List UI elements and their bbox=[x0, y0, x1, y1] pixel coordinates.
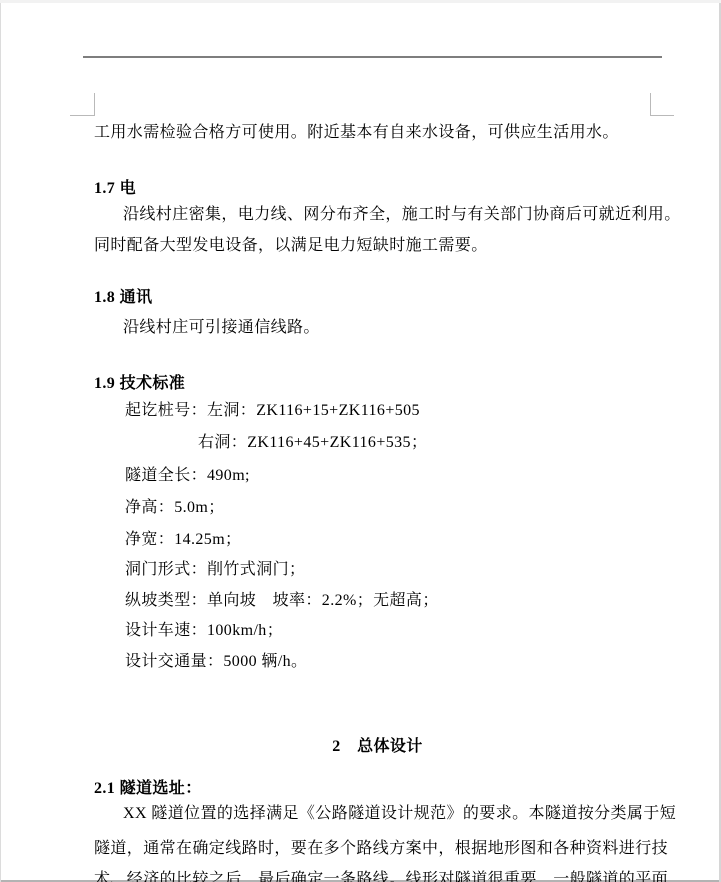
paragraph-line: 沿线村庄密集，电力线、网分布齐全，施工时与有关部门协商后可就近利用。 bbox=[123, 205, 681, 224]
spec-item-portal-type: 洞门形式：削竹式洞门； bbox=[125, 560, 305, 579]
spec-item-stake-number-left: 起讫桩号：左洞：ZK116+15+ZK116+505 bbox=[125, 401, 420, 420]
text-boundary-mark-left-vertical bbox=[94, 93, 95, 116]
spec-item-design-speed: 设计车速：100km/h； bbox=[125, 621, 283, 640]
section-heading-1-8: 1.8 通讯 bbox=[94, 288, 152, 307]
paragraph-line: 沿线村庄可引接通信线路。 bbox=[123, 318, 320, 337]
paragraph-line: XX 隧道位置的选择满足《公路隧道设计规范》的要求。本隧道按分类属于短 bbox=[123, 804, 676, 823]
section-heading-2-1: 2.1 隧道选址： bbox=[94, 779, 202, 798]
paragraph-continuation: 工用水需检验合格方可使用。附近基本有自来水设备，可供应生活用水。 bbox=[94, 123, 619, 142]
text-boundary-mark-right-horizontal bbox=[650, 115, 674, 116]
paragraph-line-clipped: 术、经济的比较之后，最后确定一条路线。线形对隧道很重要，一般隧道的平面 bbox=[94, 870, 668, 882]
header-rule bbox=[83, 56, 662, 58]
spec-item-clear-width: 净宽：14.25m； bbox=[125, 530, 241, 549]
paragraph-line: 隧道，通常在确定线路时，要在多个路线方案中，根据地形图和各种资料进行技 bbox=[94, 839, 668, 858]
paragraph-line: 同时配备大型发电设备，以满足电力短缺时施工需要。 bbox=[94, 236, 488, 255]
spec-item-tunnel-length: 隧道全长：490m; bbox=[125, 466, 250, 485]
section-heading-1-9: 1.9 技术标准 bbox=[94, 374, 185, 393]
document-page: 工用水需检验合格方可使用。附近基本有自来水设备，可供应生活用水。 1.7 电 沿… bbox=[0, 0, 721, 882]
text-boundary-mark-left-horizontal bbox=[70, 115, 95, 116]
spec-item-clear-height: 净高：5.0m； bbox=[125, 498, 225, 517]
spec-item-design-traffic-volume: 设计交通量：5000 辆/h。 bbox=[125, 652, 307, 671]
chapter-heading-2: 2 总体设计 bbox=[94, 737, 661, 756]
spec-item-stake-number-right: 右洞：ZK116+45+ZK116+535； bbox=[198, 433, 427, 452]
section-heading-1-7: 1.7 电 bbox=[94, 179, 136, 198]
spec-item-gradient-type: 纵坡类型：单向坡 坡率：2.2%；无超高； bbox=[125, 591, 439, 610]
text-boundary-mark-right-vertical bbox=[650, 93, 651, 116]
